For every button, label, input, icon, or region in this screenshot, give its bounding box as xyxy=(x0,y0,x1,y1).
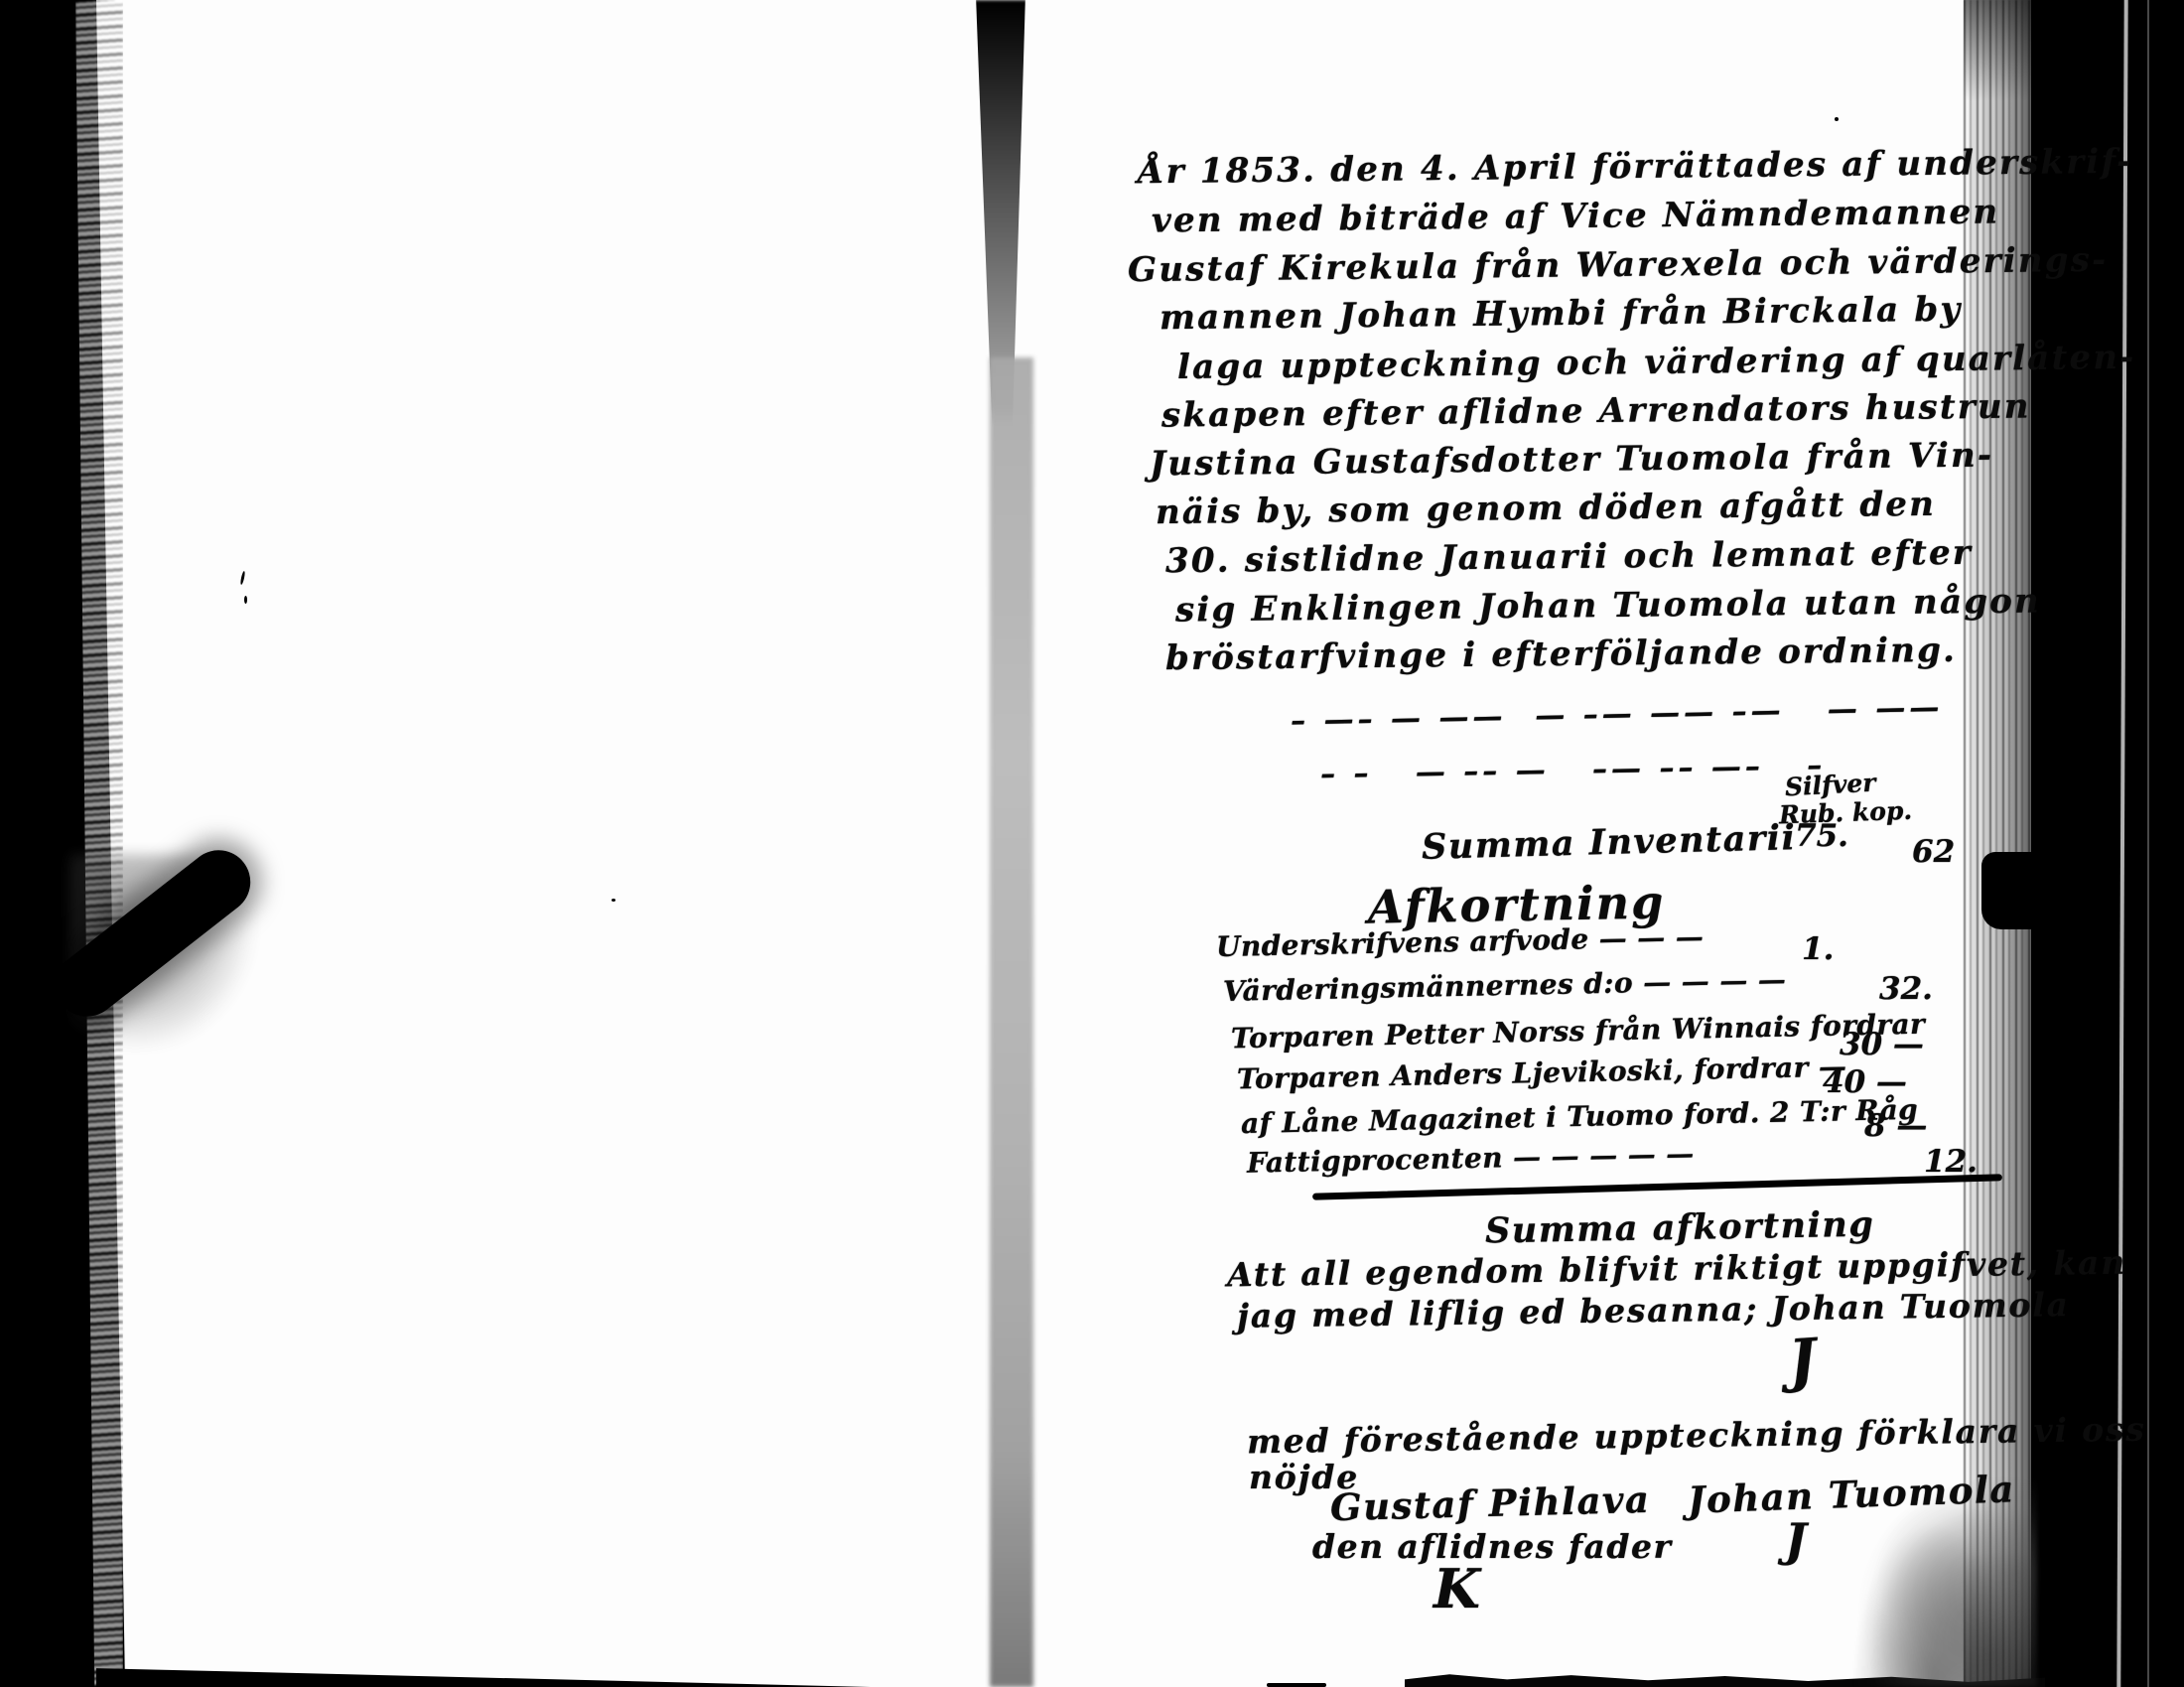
scanned-document-page: År 1853. den 4. April förrättades af und… xyxy=(0,0,2184,1687)
body-line-8: näis by, som genom döden afgått den xyxy=(1156,485,1936,532)
page-edge-highlight-line-faint xyxy=(2147,0,2149,1687)
afkortning-amount-3: 30 — xyxy=(1840,1027,1924,1062)
oath-signature-mark: J xyxy=(1787,1326,1819,1395)
summa-inventarii-kop: 62 xyxy=(1912,834,1955,870)
ink-speck xyxy=(1835,117,1839,121)
ink-speck xyxy=(136,959,141,963)
afkortning-amount-1: 1. xyxy=(1802,931,1834,967)
book-gutter-shadow xyxy=(990,357,1033,1687)
summa-afkortning-label: Summa afkortning xyxy=(1485,1204,1875,1252)
signature-left-name: Gustaf Pihlava xyxy=(1329,1477,1651,1529)
body-line-11: bröstarfvinge i efterföljande ordning. xyxy=(1165,631,1958,678)
summa-inventarii-rub: 75. xyxy=(1795,818,1848,854)
ink-speck xyxy=(612,899,615,902)
ink-speck xyxy=(244,596,247,604)
currency-header-silver: Silfver xyxy=(1784,769,1876,802)
signature-left-role: den aflidnes fader xyxy=(1312,1527,1672,1566)
body-line-9: 30. sistlidne Januarii och lemnat efter xyxy=(1165,533,1973,582)
signature-right-mark: J xyxy=(1785,1513,1807,1567)
afkortning-amount-2: 32. xyxy=(1879,971,1933,1007)
signature-left-mark: K xyxy=(1433,1557,1480,1620)
body-line-4: mannen Johan Hymbi från Birckala by xyxy=(1160,290,1963,338)
ink-speck xyxy=(1267,1683,1326,1687)
book-clamp-right xyxy=(1981,852,2051,929)
afkortning-amount-5: 8 — xyxy=(1864,1108,1927,1144)
